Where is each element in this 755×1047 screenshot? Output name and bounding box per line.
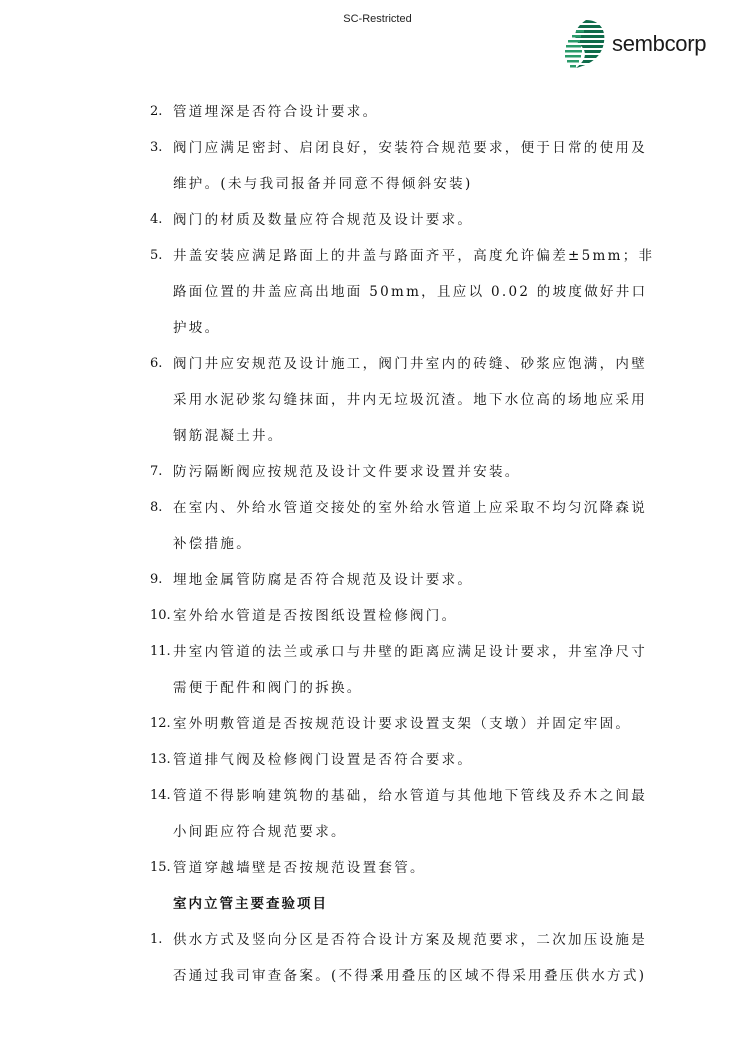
- item-number: 6.: [150, 346, 173, 454]
- list-item: 4.阀门的材质及数量应符合规范及设计要求。: [150, 202, 660, 238]
- document-body: 2.管道埋深是否符合设计要求。 3.阀门应满足密封、启闭良好，安装符合规范要求，…: [150, 94, 660, 994]
- item-number: 10.: [150, 598, 173, 634]
- item-number: 13.: [150, 742, 173, 778]
- sembcorp-logo-icon: [562, 18, 606, 70]
- list-item: 12.室外明敷管道是否按规范设计要求设置支架（支墩）并固定牢固。: [150, 706, 660, 742]
- item-text: 在室内、外给水管道交接处的室外给水管道上应采取不均匀沉降森说补偿措施。: [173, 490, 660, 562]
- item-text: 埋地金属管防腐是否符合规范及设计要求。: [173, 562, 660, 598]
- item-text: 阀门应满足密封、启闭良好，安装符合规范要求，便于日常的使用及维护。(未与我司报备…: [173, 130, 660, 202]
- item-text: 管道不得影响建筑物的基础，给水管道与其他地下管线及乔木之间最小间距应符合规范要求…: [173, 778, 660, 850]
- item-number: 7.: [150, 454, 173, 490]
- item-number: 3.: [150, 130, 173, 202]
- list-item: 2.管道埋深是否符合设计要求。: [150, 94, 660, 130]
- item-text: 管道排气阀及检修阀门设置是否符合要求。: [173, 742, 660, 778]
- list-item: 10.室外给水管道是否按图纸设置检修阀门。: [150, 598, 660, 634]
- list-item: 13.管道排气阀及检修阀门设置是否符合要求。: [150, 742, 660, 778]
- page-number: 3: [0, 969, 755, 981]
- item-number: 2.: [150, 94, 173, 130]
- section-heading: 室内立管主要查验项目: [150, 886, 660, 922]
- item-number: 11.: [150, 634, 173, 706]
- item-text: 阀门井应安规范及设计施工，阀门井室内的砖缝、砂浆应饱满，内壁采用水泥砂浆勾缝抹面…: [173, 346, 660, 454]
- list-item: 8.在室内、外给水管道交接处的室外给水管道上应采取不均匀沉降森说补偿措施。: [150, 490, 660, 562]
- item-text: 管道埋深是否符合设计要求。: [173, 94, 660, 130]
- item-number: 5.: [150, 238, 173, 346]
- logo-wordmark: sembcorp: [612, 31, 706, 57]
- list-item: 3.阀门应满足密封、启闭良好，安装符合规范要求，便于日常的使用及维护。(未与我司…: [150, 130, 660, 202]
- item-number: 1.: [150, 922, 173, 994]
- item-number: 12.: [150, 706, 173, 742]
- item-text: 室外明敷管道是否按规范设计要求设置支架（支墩）并固定牢固。: [173, 706, 660, 742]
- item-number: 8.: [150, 490, 173, 562]
- item-text: 井室内管道的法兰或承口与井壁的距离应满足设计要求，井室净尺寸需便于配件和阀门的拆…: [173, 634, 660, 706]
- item-number: 9.: [150, 562, 173, 598]
- item-number: 15.: [150, 850, 173, 886]
- item-text: 供水方式及竖向分区是否符合设计方案及规范要求，二次加压设施是否通过我司审查备案。…: [173, 922, 660, 994]
- list-item: 7.防污隔断阀应按规范及设计文件要求设置并安装。: [150, 454, 660, 490]
- list-item: 6.阀门井应安规范及设计施工，阀门井室内的砖缝、砂浆应饱满，内壁采用水泥砂浆勾缝…: [150, 346, 660, 454]
- list-item: 11.井室内管道的法兰或承口与井壁的距离应满足设计要求，井室净尺寸需便于配件和阀…: [150, 634, 660, 706]
- list-item: 5.井盖安装应满足路面上的井盖与路面齐平，高度允许偏差±5mm；非路面位置的井盖…: [150, 238, 660, 346]
- item-text: 室外给水管道是否按图纸设置检修阀门。: [173, 598, 660, 634]
- item-text: 井盖安装应满足路面上的井盖与路面齐平，高度允许偏差±5mm；非路面位置的井盖应高…: [173, 238, 660, 346]
- list-item: 14.管道不得影响建筑物的基础，给水管道与其他地下管线及乔木之间最小间距应符合规…: [150, 778, 660, 850]
- item-number: 4.: [150, 202, 173, 238]
- item-text: 阀门的材质及数量应符合规范及设计要求。: [173, 202, 660, 238]
- list-item: 15.管道穿越墙壁是否按规范设置套管。: [150, 850, 660, 886]
- item-number: 14.: [150, 778, 173, 850]
- list-item: 9.埋地金属管防腐是否符合规范及设计要求。: [150, 562, 660, 598]
- list-item: 1.供水方式及竖向分区是否符合设计方案及规范要求，二次加压设施是否通过我司审查备…: [150, 922, 660, 994]
- company-logo: sembcorp: [562, 18, 706, 70]
- item-text: 防污隔断阀应按规范及设计文件要求设置并安装。: [173, 454, 660, 490]
- item-text: 管道穿越墙壁是否按规范设置套管。: [173, 850, 660, 886]
